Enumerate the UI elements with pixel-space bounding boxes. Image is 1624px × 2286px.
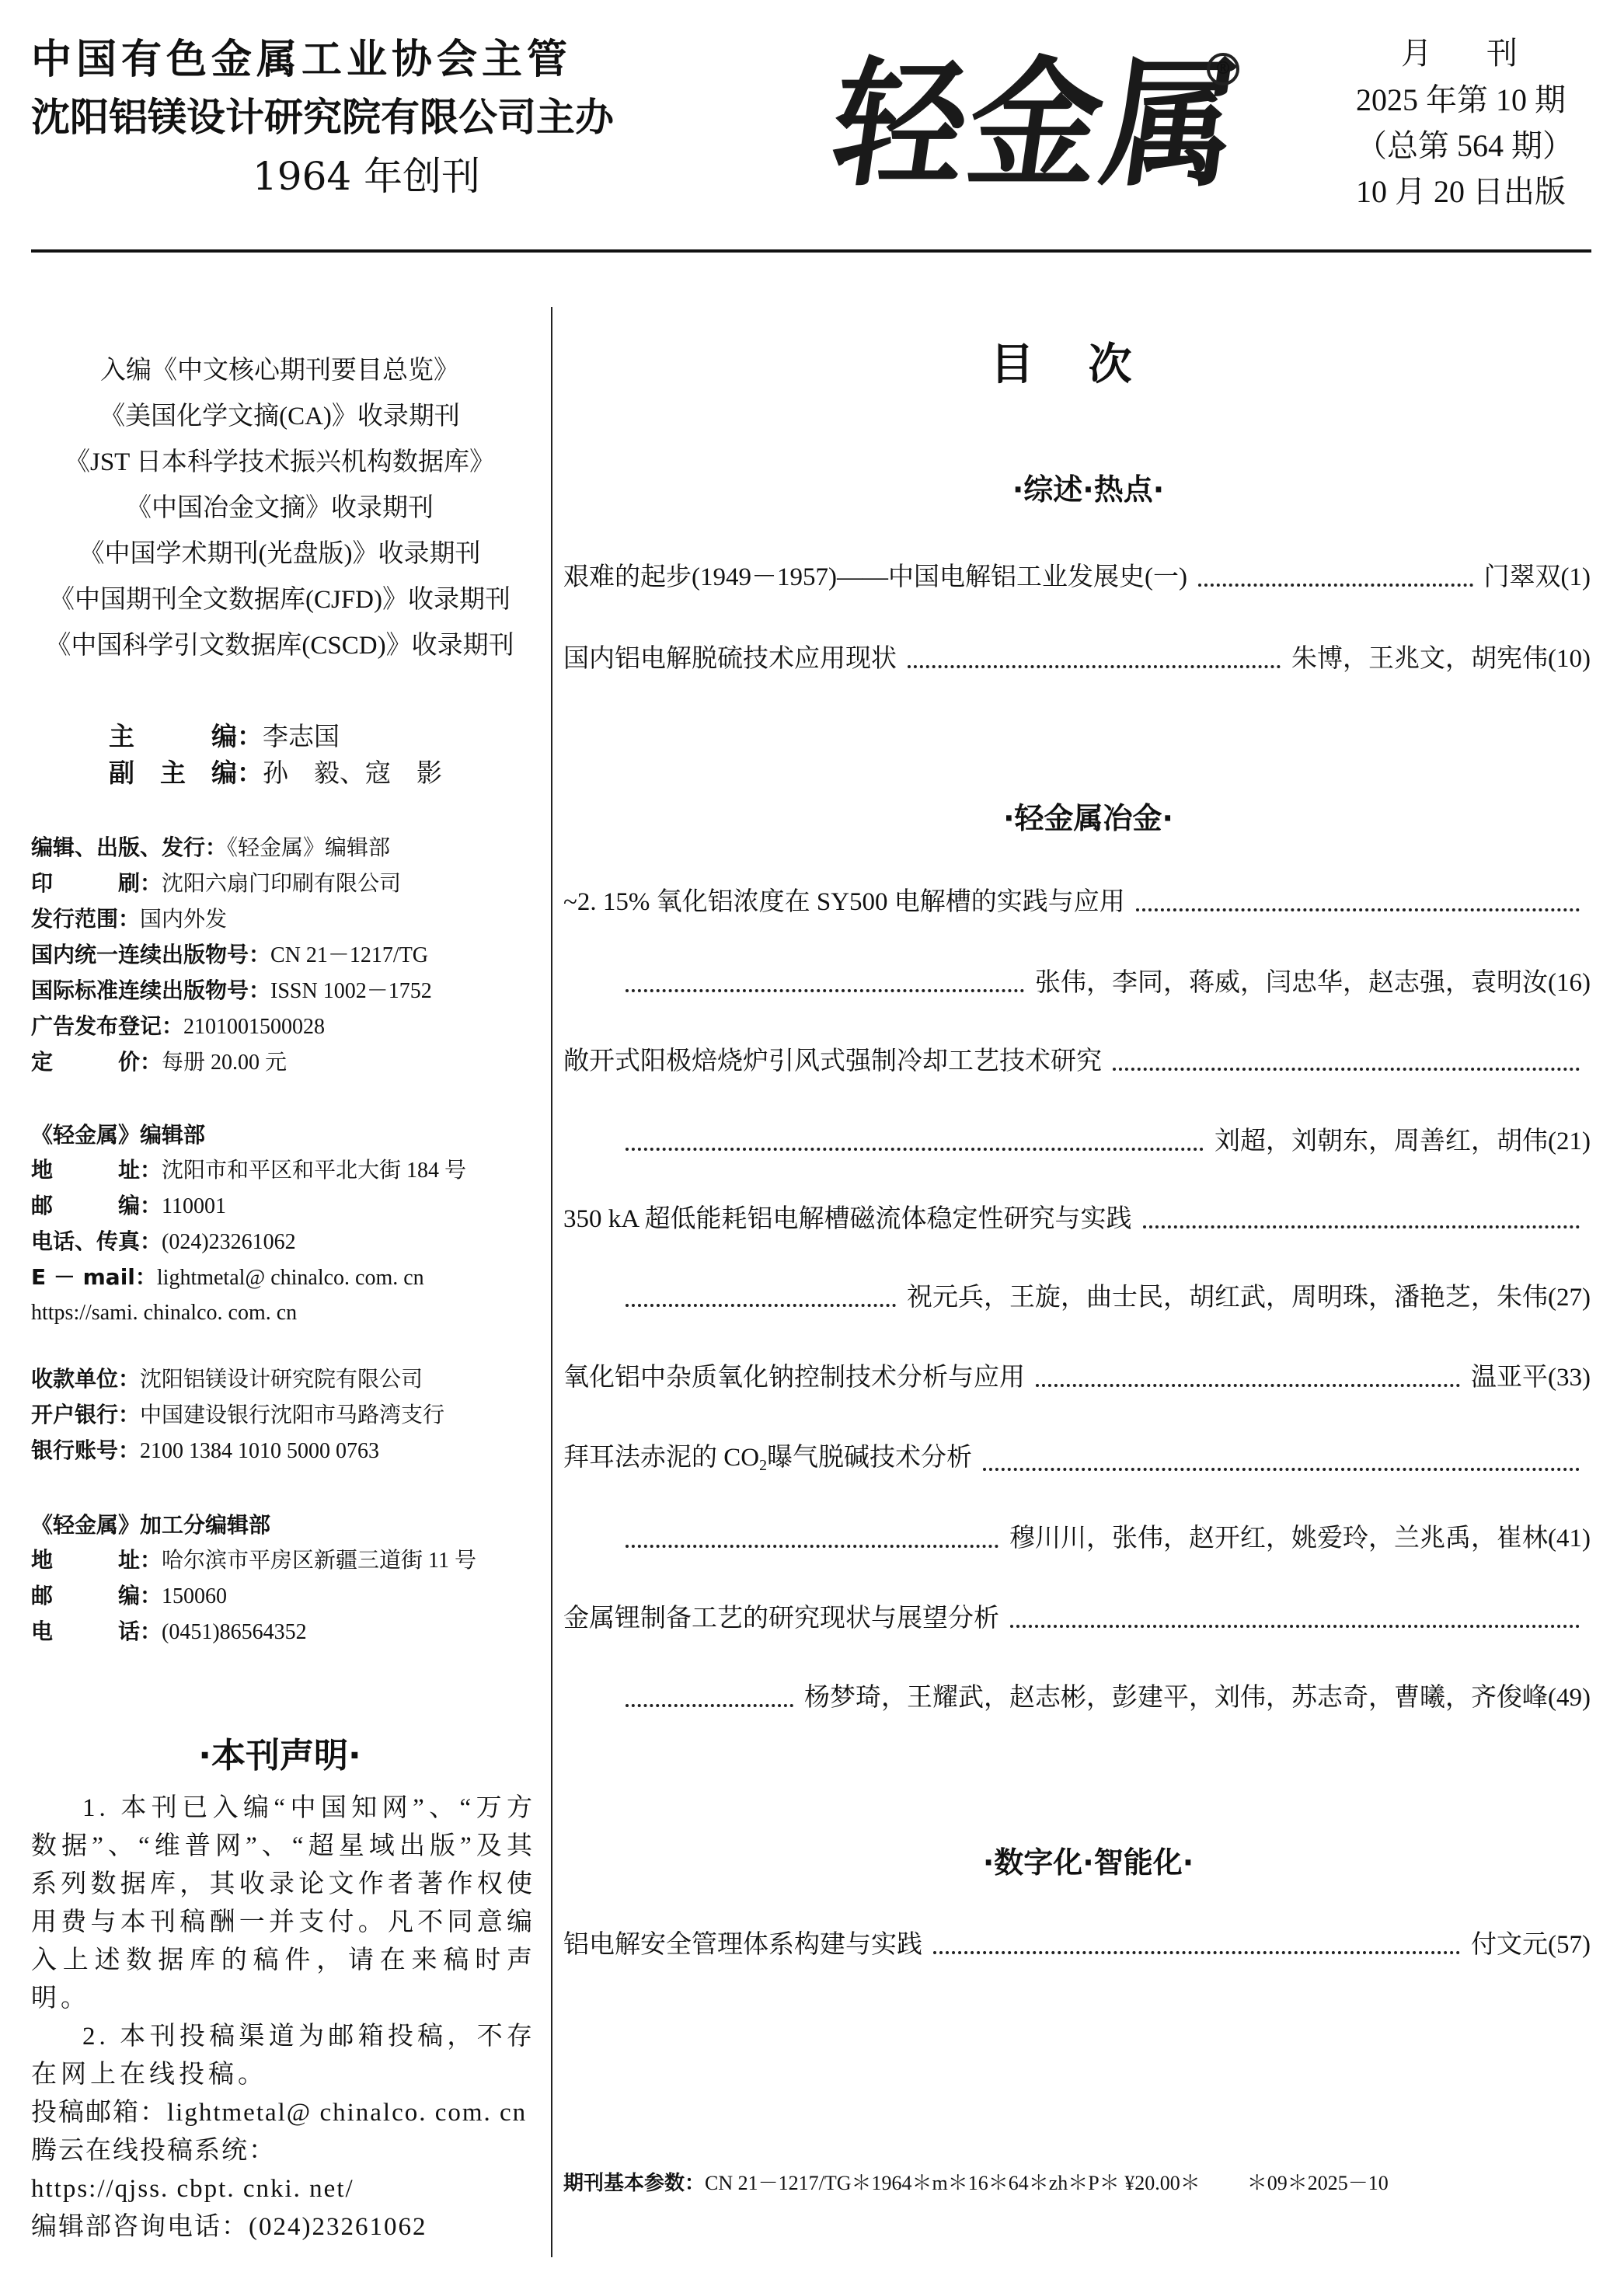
sponsor-line: 中国有色金属工业协会主管 bbox=[31, 31, 723, 89]
toc-entry[interactable]: 拜耳法赤泥的 CO2曝气脱碱技术分析 bbox=[563, 1438, 1591, 1485]
toc-section-heading: ·轻金属冶金· bbox=[552, 799, 1624, 838]
article-authors: 刘超，刘朝东，周善红，胡伟 bbox=[1215, 1127, 1548, 1155]
article-page: (57) bbox=[1548, 1931, 1591, 1959]
deputy-editor-names: 孙 毅、寇 影 bbox=[263, 760, 442, 788]
chief-editor-name: 李志国 bbox=[263, 723, 340, 751]
info-row: 电话、传真：(024)23261062 bbox=[31, 1224, 466, 1260]
article-authors: 门翠双 bbox=[1484, 563, 1561, 591]
leader-dots bbox=[1143, 1225, 1580, 1228]
toc-entry[interactable]: 金属锂制备工艺的研究现状与展望分析 bbox=[563, 1599, 1591, 1638]
editors-block: 主 编：李志国 副 主 编：孙 毅、寇 影 bbox=[109, 719, 442, 792]
info-row: 收款单位：沈阳铝镁设计研究院有限公司 bbox=[31, 1361, 444, 1397]
leader-dots bbox=[626, 1304, 896, 1307]
toc-entry-continuation: 杨梦琦，王耀武，赵志彬，彭建平，刘伟，苏志奇，曹曦，齐俊峰(49) bbox=[626, 1678, 1591, 1717]
info-row: 银行账号：2100 1384 1010 5000 0763 bbox=[31, 1433, 444, 1469]
info-row: 发行范围：国内外发 bbox=[31, 901, 432, 937]
article-authors: 杨梦琦，王耀武，赵志彬，彭建平，刘伟，苏志奇，曹曦，齐俊峰 bbox=[804, 1684, 1548, 1712]
founded-line: 1964 年创刊 bbox=[31, 146, 723, 207]
article-authors: 付文元 bbox=[1471, 1931, 1548, 1959]
article-title[interactable]: 铝电解安全管理体系构建与实践 bbox=[563, 1925, 922, 1964]
toc-title: 目次 bbox=[552, 334, 1624, 396]
article-title[interactable]: 金属锂制备工艺的研究现状与展望分析 bbox=[563, 1599, 999, 1638]
leader-dots bbox=[983, 1468, 1580, 1471]
email-link[interactable]: lightmetal@ chinalco. com. cn bbox=[157, 1266, 424, 1290]
info-row: 定 价：每册 20.00 元 bbox=[31, 1044, 432, 1080]
toc-entry-continuation: 刘超，刘朝东，周善红，胡伟(21) bbox=[626, 1122, 1591, 1161]
publishing-info: 编辑、出版、发行：《轻金属》编辑部 印 刷：沈阳六扇门印刷有限公司 发行范围：国… bbox=[31, 830, 432, 1080]
toc-entry[interactable]: 国内铝电解脱硫技术应用现状 朱博，王兆文，胡宪伟(10) bbox=[563, 639, 1591, 678]
article-title[interactable]: 艰难的起步(1949－1957)——中国电解铝工业发展史(一) bbox=[563, 558, 1187, 597]
indexing-item: 《JST 日本科学技术振兴机构数据库》 bbox=[16, 440, 544, 486]
toc-entry[interactable]: ~2. 15% 氧化铝浓度在 SY500 电解槽的实践与应用 bbox=[563, 883, 1591, 922]
chief-editor-row: 主 编：李志国 bbox=[109, 719, 442, 755]
registered-trademark-icon: ® bbox=[1207, 53, 1239, 85]
journal-notice: 1. 本刊已入编“中国知网”、“万方数据”、“维普网”、“超星域出版”及其系列数… bbox=[31, 1789, 536, 2246]
frequency-label: 月刊 bbox=[1356, 31, 1605, 77]
toc-entry[interactable]: 氧化铝中杂质氧化钠控制技术分析与应用 温亚平(33) bbox=[563, 1358, 1591, 1397]
article-authors: 穆川川，张伟，赵开红，姚爱玲，兰兆禹，崔林 bbox=[1009, 1525, 1548, 1552]
info-row: 广告发布登记：2101001500028 bbox=[31, 1009, 432, 1044]
info-row: E － mail：lightmetal@ chinalco. com. cn bbox=[31, 1260, 466, 1295]
article-page: (33) bbox=[1548, 1364, 1591, 1392]
deputy-editor-label: 副 主 编： bbox=[109, 758, 263, 788]
toc-entry-continuation: 张伟，李同，蒋威，闫忠华，赵志强，袁明汝(16) bbox=[626, 964, 1591, 1002]
leader-dots bbox=[626, 1148, 1204, 1151]
info-row: 编辑、出版、发行：《轻金属》编辑部 bbox=[31, 830, 432, 866]
editorial-office-title: 《轻金属》编辑部 bbox=[31, 1117, 466, 1152]
params-tail: ＊09＊2025－10 bbox=[1247, 2172, 1389, 2194]
info-row: 国际标准连续出版物号：ISSN 1002－1752 bbox=[31, 973, 432, 1009]
article-title[interactable]: 敞开式阳极焙烧炉引风式强制冷却工艺技术研究 bbox=[563, 1042, 1102, 1081]
params-value: CN 21－1217/TG＊1964＊m＊16＊64＊zh＊P＊ ¥20.00＊ bbox=[705, 2172, 1201, 2194]
notice-paragraph-1: 1. 本刊已入编“中国知网”、“万方数据”、“维普网”、“超星域出版”及其系列数… bbox=[31, 1789, 536, 2018]
info-row: 电 话：(0451)86564352 bbox=[31, 1614, 476, 1650]
indexing-item: 《中国冶金文摘》收录期刊 bbox=[16, 486, 544, 531]
leader-dots bbox=[1036, 1384, 1460, 1387]
params-label: 期刊基本参数： bbox=[563, 2172, 705, 2195]
indexing-item: 《中国期刊全文数据库(CJFD)》收录期刊 bbox=[16, 577, 544, 623]
deputy-editor-row: 副 主 编：孙 毅、寇 影 bbox=[109, 755, 442, 792]
processing-office-title: 《轻金属》加工分编辑部 bbox=[31, 1507, 476, 1542]
toc-entry[interactable]: 敞开式阳极焙烧炉引风式强制冷却工艺技术研究 bbox=[563, 1042, 1591, 1081]
toc-entry[interactable]: 铝电解安全管理体系构建与实践 付文元(57) bbox=[563, 1925, 1591, 1964]
indexing-item: 《中国科学引文数据库(CSCD)》收录期刊 bbox=[16, 623, 544, 669]
article-title[interactable]: 国内铝电解脱硫技术应用现状 bbox=[563, 639, 897, 678]
journal-parameters: 期刊基本参数：CN 21－1217/TG＊1964＊m＊16＊64＊zh＊P＊ … bbox=[563, 2168, 1591, 2199]
masthead-left: 中国有色金属工业协会主管 沈阳铝镁设计研究院有限公司主办 1964 年创刊 bbox=[31, 31, 723, 207]
article-page: (41) bbox=[1548, 1525, 1591, 1552]
indexing-item: 入编《中文核心期刊要目总览》 bbox=[16, 348, 544, 394]
article-page: (49) bbox=[1548, 1684, 1591, 1712]
publisher-line: 沈阳铝镁设计研究院有限公司主办 bbox=[31, 89, 723, 146]
article-page: (10) bbox=[1548, 645, 1591, 673]
issue-number: 2025 年第 10 期 bbox=[1356, 77, 1605, 123]
masthead-divider bbox=[31, 249, 1591, 253]
indexing-item: 《中国学术期刊(光盘版)》收录期刊 bbox=[16, 531, 544, 577]
info-row: 地 址：哈尔滨市平房区新疆三道街 11 号 bbox=[31, 1542, 476, 1578]
article-authors: 朱博，王兆文，胡宪伟 bbox=[1291, 645, 1548, 673]
article-authors: 温亚平 bbox=[1471, 1364, 1548, 1392]
article-page: (1) bbox=[1561, 563, 1591, 591]
column-divider bbox=[551, 307, 552, 2257]
publication-date: 10 月 20 日出版 bbox=[1356, 169, 1605, 214]
article-title[interactable]: 拜耳法赤泥的 CO2曝气脱碱技术分析 bbox=[563, 1438, 972, 1485]
submission-email[interactable]: 投稿邮箱：lightmetal@ chinalco. com. cn bbox=[31, 2094, 536, 2132]
notice-paragraph-2: 2. 本刊投稿渠道为邮箱投稿，不存在网上在线投稿。 bbox=[31, 2018, 536, 2094]
article-page: (27) bbox=[1548, 1284, 1591, 1312]
indexing-item: 《美国化学文摘(CA)》收录期刊 bbox=[16, 394, 544, 440]
masthead-right: 月刊 2025 年第 10 期 （总第 564 期） 10 月 20 日出版 bbox=[1356, 31, 1605, 214]
total-issue-number: （总第 564 期） bbox=[1356, 123, 1605, 169]
consult-phone: 编辑部咨询电话：(024)23261062 bbox=[31, 2208, 536, 2246]
info-row: 开户银行：中国建设银行沈阳市马路湾支行 bbox=[31, 1397, 444, 1433]
leader-dots bbox=[1010, 1625, 1580, 1628]
payment-info: 收款单位：沈阳铝镁设计研究院有限公司 开户银行：中国建设银行沈阳市马路湾支行 银… bbox=[31, 1361, 444, 1469]
article-title[interactable]: 350 kA 超低能耗铝电解槽磁流体稳定性研究与实践 bbox=[563, 1200, 1132, 1239]
toc-section-heading: ·综述·热点· bbox=[552, 470, 1624, 509]
leader-dots bbox=[908, 665, 1281, 668]
leader-dots bbox=[626, 989, 1024, 992]
toc-entry-continuation: 祝元兵，王旋，曲士民，胡红武，周明珠，潘艳芝，朱伟(27) bbox=[626, 1278, 1591, 1317]
article-page: (21) bbox=[1548, 1127, 1591, 1155]
indexing-list: 入编《中文核心期刊要目总览》 《美国化学文摘(CA)》收录期刊 《JST 日本科… bbox=[16, 348, 544, 669]
toc-entry[interactable]: 艰难的起步(1949－1957)——中国电解铝工业发展史(一) 门翠双(1) bbox=[563, 558, 1591, 597]
website-link[interactable]: https://sami. chinalco. com. cn bbox=[31, 1295, 466, 1330]
leader-dots bbox=[933, 1951, 1460, 1954]
leader-dots bbox=[1136, 908, 1580, 911]
article-title[interactable]: ~2. 15% 氧化铝浓度在 SY500 电解槽的实践与应用 bbox=[563, 883, 1125, 922]
submission-system-url[interactable]: https://qjss. cbpt. cnki. net/ bbox=[31, 2170, 536, 2208]
info-row: 邮 编：150060 bbox=[31, 1578, 476, 1614]
info-row: 印 刷：沈阳六扇门印刷有限公司 bbox=[31, 866, 432, 901]
article-authors: 祝元兵，王旋，曲士民，胡红武，周明珠，潘艳芝，朱伟 bbox=[907, 1284, 1548, 1312]
toc-section-heading: ·数字化·智能化· bbox=[552, 1843, 1624, 1882]
info-row: 邮 编：110001 bbox=[31, 1188, 466, 1224]
leader-dots bbox=[1113, 1068, 1580, 1071]
article-authors: 张伟，李同，蒋威，闫忠华，赵志强，袁明汝 bbox=[1035, 969, 1548, 997]
logo-calligraphy: 轻金属 bbox=[825, 55, 1250, 194]
article-page: (16) bbox=[1548, 969, 1591, 997]
processing-office-info: 《轻金属》加工分编辑部 地 址：哈尔滨市平房区新疆三道街 11 号 邮 编：15… bbox=[31, 1507, 476, 1650]
toc-entry-continuation: 穆川川，张伟，赵开红，姚爱玲，兰兆禹，崔林(41) bbox=[626, 1519, 1591, 1558]
article-title[interactable]: 氧化铝中杂质氧化钠控制技术分析与应用 bbox=[563, 1358, 1025, 1397]
submission-system-label: 腾云在线投稿系统： bbox=[31, 2132, 536, 2170]
leader-dots bbox=[626, 1545, 998, 1548]
toc-entry[interactable]: 350 kA 超低能耗铝电解槽磁流体稳定性研究与实践 bbox=[563, 1200, 1591, 1239]
leader-dots bbox=[1198, 584, 1473, 587]
info-row: 地 址：沈阳市和平区和平北大街 184 号 bbox=[31, 1152, 466, 1188]
chief-editor-label: 主 编： bbox=[109, 721, 263, 751]
info-row: 国内统一连续出版物号：CN 21－1217/TG bbox=[31, 937, 432, 973]
journal-logo: 轻金属 ® bbox=[822, 31, 1253, 218]
leader-dots bbox=[626, 1704, 793, 1707]
notice-title: ·本刊声明· bbox=[16, 1733, 544, 1779]
editorial-office-info: 《轻金属》编辑部 地 址：沈阳市和平区和平北大街 184 号 邮 编：11000… bbox=[31, 1117, 466, 1330]
